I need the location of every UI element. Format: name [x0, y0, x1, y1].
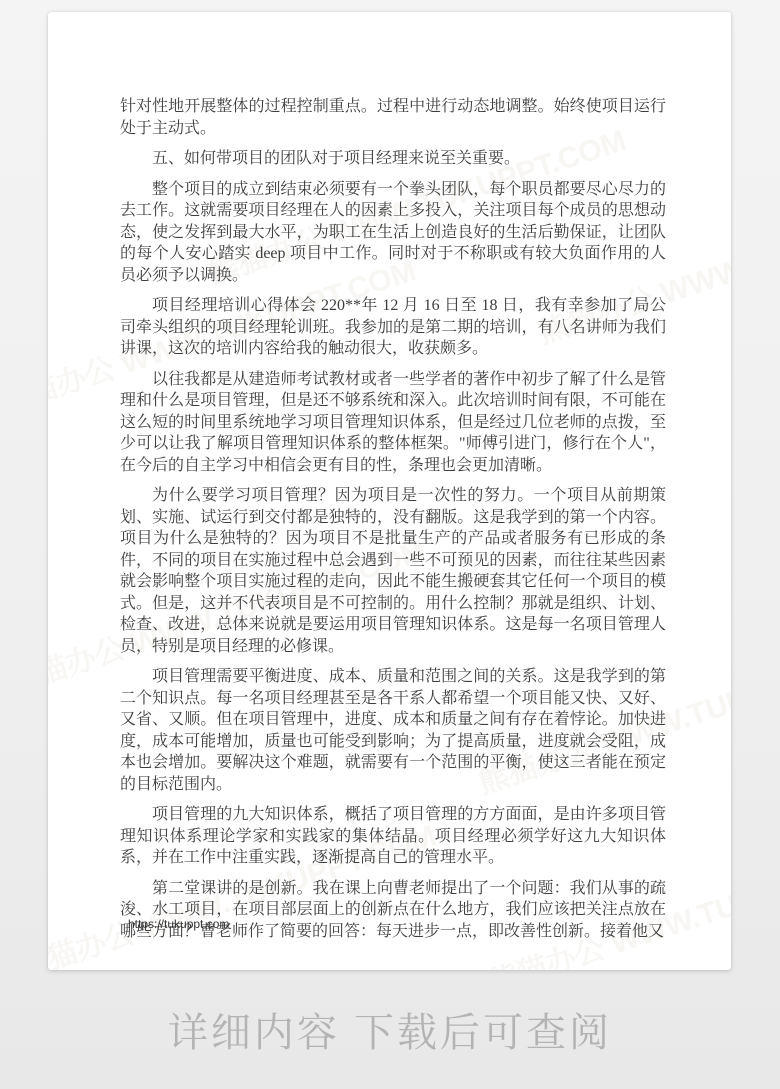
- document-body: 针对性地开展整体的过程控制重点。过程中进行动态地调整。始终使项目运行处于主动式。…: [120, 96, 666, 951]
- paragraph: 项目经理培训心得体会 220**年 12 月 16 日至 18 日，我有幸参加了…: [120, 295, 666, 360]
- preview-background: 熊猫办公 WWW.TUKUPPT.COM 熊猫办公 WWW.TUKUPPT.CO…: [0, 0, 780, 1089]
- document-page: 熊猫办公 WWW.TUKUPPT.COM 熊猫办公 WWW.TUKUPPT.CO…: [48, 12, 731, 970]
- paragraph: 为什么要学习项目管理？因为项目是一次性的努力。一个项目从前期策划、实施、试运行到…: [120, 485, 666, 657]
- download-banner: 详细内容 下载后可查阅: [0, 970, 780, 1089]
- paragraph: 项目管理需要平衡进度、成本、质量和范围之间的关系。这是我学到的第二个知识点。每一…: [120, 666, 666, 795]
- paragraph: 第二堂课讲的是创新。我在课上向曹老师提出了一个问题：我们从事的疏浚、水工项目，在…: [120, 878, 666, 943]
- paragraph: 针对性地开展整体的过程控制重点。过程中进行动态地调整。始终使项目运行处于主动式。: [120, 96, 666, 139]
- footer-url: https://tukuppt.com: [128, 917, 229, 931]
- banner-text: 详细内容 下载后可查阅: [168, 1001, 612, 1058]
- paragraph: 五、如何带项目的团队对于项目经理来说至关重要。: [120, 148, 666, 170]
- paragraph: 整个项目的成立到结束必须要有一个拳头团队，每个职员都要尽心尽力的去工作。这就需要…: [120, 179, 666, 287]
- paragraph: 以往我都是从建造师考试教材或者一些学者的著作中初步了解了什么是管理和什么是项目管…: [120, 369, 666, 477]
- paragraph: 项目管理的九大知识体系，概括了项目管理的方方面面，是由许多项目管理知识体系理论学…: [120, 804, 666, 869]
